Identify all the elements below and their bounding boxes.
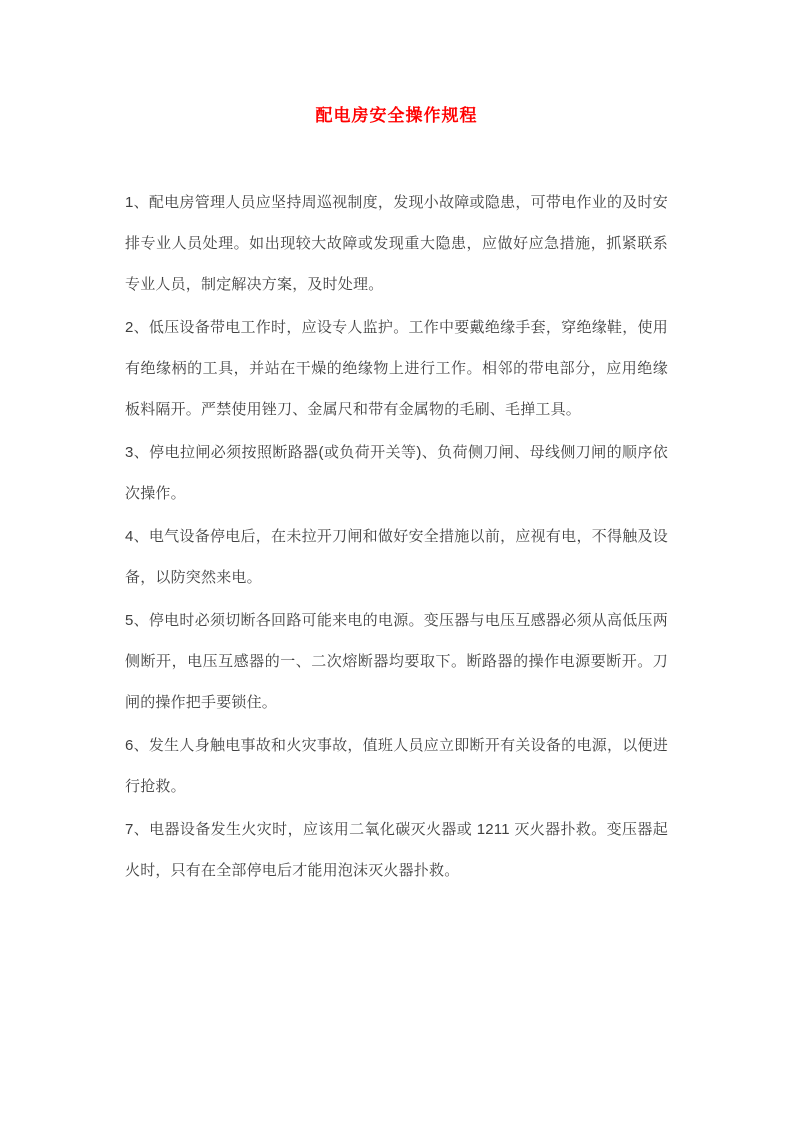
document-body: 1、配电房管理人员应坚持周巡视制度，发现小故障或隐患，可带电作业的及时安排专业人… (125, 182, 668, 891)
paragraph-5: 5、停电时必须切断各回路可能来电的电源。变压器与电压互感器必须从高低压两侧断开，… (125, 600, 668, 723)
paragraph-1: 1、配电房管理人员应坚持周巡视制度，发现小故障或隐患，可带电作业的及时安排专业人… (125, 182, 668, 305)
paragraph-2: 2、低压设备带电工作时，应设专人监护。工作中要戴绝缘手套，穿绝缘鞋，使用有绝缘柄… (125, 307, 668, 430)
paragraph-4: 4、电气设备停电后，在未拉开刀闸和做好安全措施以前，应视有电，不得触及设备，以防… (125, 516, 668, 598)
paragraph-7: 7、电器设备发生火灾时，应该用二氧化碳灭火器或 1211 灭火器扑救。变压器起火… (125, 809, 668, 891)
paragraph-3: 3、停电拉闸必须按照断路器(或负荷开关等)、负荷侧刀闸、母线侧刀闸的顺序依次操作… (125, 432, 668, 514)
document-page: 配电房安全操作规程 1、配电房管理人员应坚持周巡视制度，发现小故障或隐患，可带电… (0, 0, 793, 1122)
document-title: 配电房安全操作规程 (125, 105, 668, 126)
paragraph-6: 6、发生人身触电事故和火灾事故，值班人员应立即断开有关设备的电源，以便进行抢救。 (125, 725, 668, 807)
